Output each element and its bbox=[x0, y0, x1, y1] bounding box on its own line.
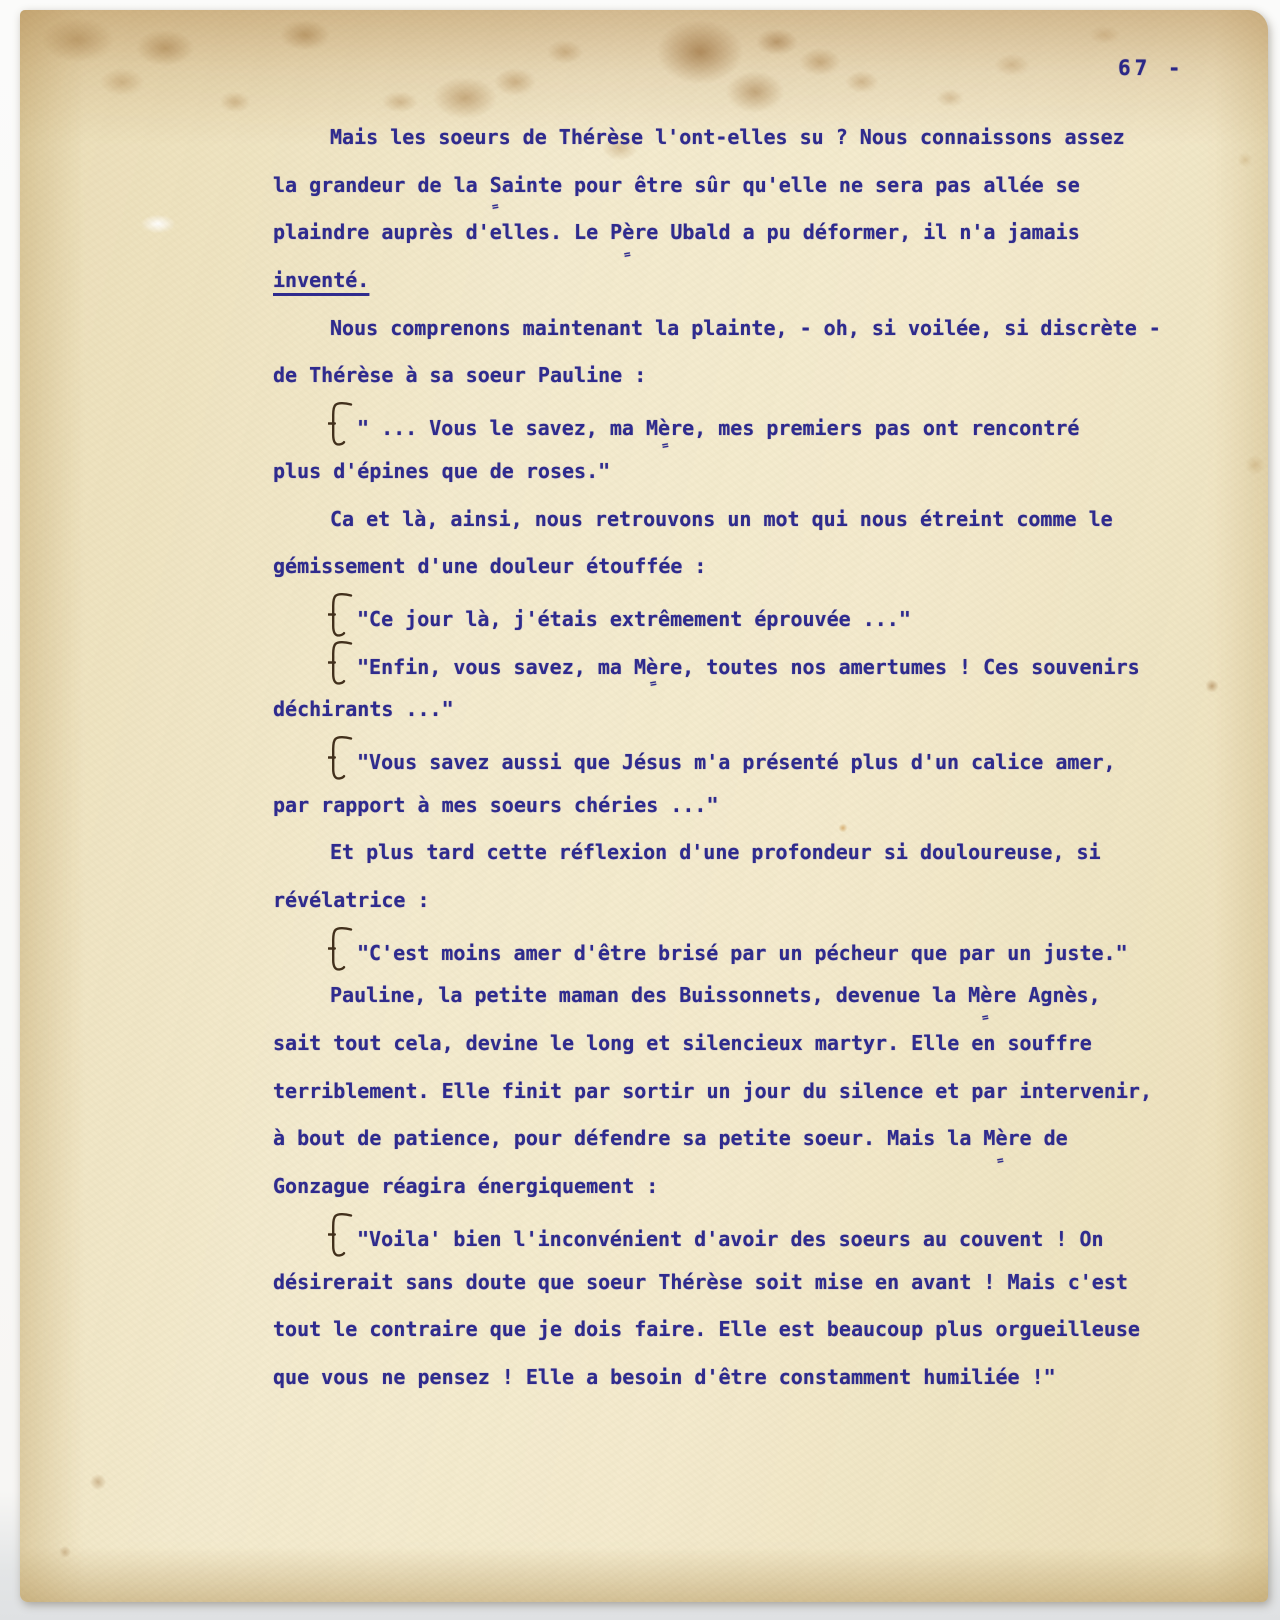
line-text: " ... Vous le savez, ma Mère, mes premie… bbox=[357, 416, 1079, 440]
text-line: de Thérèse à sa soeur Pauline : bbox=[273, 352, 1203, 400]
line-text: à bout de patience, pour défendre sa pet… bbox=[273, 1126, 1068, 1150]
line-text: Pauline, la petite maman des Buissonnets… bbox=[330, 983, 1101, 1007]
line-text: gémissement d'une douleur étouffée : bbox=[273, 554, 706, 578]
line-text: "Voila' bien l'inconvénient d'avoir des … bbox=[357, 1227, 1104, 1251]
line-text: sait tout cela, devine le long et silenc… bbox=[273, 1031, 1092, 1055]
line-text: que vous ne pensez ! Elle a besoin d'êtr… bbox=[273, 1365, 1056, 1389]
line-text: de Thérèse à sa soeur Pauline : bbox=[273, 363, 646, 387]
handwritten-quote-bracket-icon bbox=[328, 591, 353, 639]
handwritten-quote-bracket-icon bbox=[328, 925, 353, 973]
text-line: sait tout cela, devine le long et silenc… bbox=[273, 1020, 1203, 1068]
text-line: gémissement d'une douleur étouffée : bbox=[273, 543, 1203, 591]
line-text: plaindre auprès d'elles. Le Père Ubald a… bbox=[273, 220, 1080, 244]
line-text: "Enfin, vous savez, ma Mère, toutes nos … bbox=[357, 655, 1140, 679]
line-text: Mais les soeurs de Thérèse l'ont-elles s… bbox=[330, 125, 1125, 149]
text-line: Mais les soeurs de Thérèse l'ont-elles s… bbox=[273, 114, 1203, 162]
line-text: plus d'épines que de roses." bbox=[273, 459, 610, 483]
text-line: que vous ne pensez ! Elle a besoin d'êtr… bbox=[273, 1354, 1203, 1402]
text-line: Et plus tard cette réflexion d'une profo… bbox=[273, 829, 1203, 877]
text-line: la grandeur de la Sainte pour être sûr q… bbox=[273, 162, 1203, 210]
text-line: inventé. bbox=[273, 257, 1203, 305]
text-line: "Vous savez aussi que Jésus m'a présenté… bbox=[273, 734, 1203, 782]
text-line: tout le contraire que je dois faire. Ell… bbox=[273, 1306, 1203, 1354]
text-line: Nous comprenons maintenant la plainte, -… bbox=[273, 305, 1203, 353]
text-line: déchirants ..." bbox=[273, 686, 1203, 734]
line-text: terriblement. Elle finit par sortir un j… bbox=[273, 1079, 1152, 1103]
line-text: Gonzague réagira énergiquement : bbox=[273, 1174, 658, 1198]
typescript-page: 67 - Mais les soeurs de Thérèse l'ont-el… bbox=[20, 10, 1268, 1602]
text-line: à bout de patience, pour défendre sa pet… bbox=[273, 1115, 1203, 1163]
text-line: " ... Vous le savez, ma Mère, mes premie… bbox=[273, 400, 1203, 448]
line-text: désirerait sans doute que soeur Thérèse … bbox=[273, 1270, 1128, 1294]
line-text: tout le contraire que je dois faire. Ell… bbox=[273, 1317, 1140, 1341]
text-line: Gonzague réagira énergiquement : bbox=[273, 1163, 1203, 1211]
text-line: plus d'épines que de roses." bbox=[273, 448, 1203, 496]
text-line: "Ce jour là, j'étais extrêmement éprouvé… bbox=[273, 591, 1203, 639]
handwritten-quote-bracket-icon bbox=[328, 1211, 353, 1259]
handwritten-quote-bracket-icon bbox=[328, 734, 353, 782]
line-text: révélatrice : bbox=[273, 888, 430, 912]
line-text: par rapport à mes soeurs chéries ..." bbox=[273, 793, 719, 817]
text-line: par rapport à mes soeurs chéries ..." bbox=[273, 782, 1203, 830]
text-line: plaindre auprès d'elles. Le Père Ubald a… bbox=[273, 209, 1203, 257]
text-line: terriblement. Elle finit par sortir un j… bbox=[273, 1068, 1203, 1116]
line-text: inventé. bbox=[273, 268, 369, 292]
line-text: Nous comprenons maintenant la plainte, -… bbox=[330, 316, 1161, 340]
line-text: Et plus tard cette réflexion d'une profo… bbox=[330, 840, 1101, 864]
handwritten-quote-bracket-icon bbox=[328, 639, 353, 687]
text-line: Pauline, la petite maman des Buissonnets… bbox=[273, 972, 1203, 1020]
text-line: "Enfin, vous savez, ma Mère, toutes nos … bbox=[273, 639, 1203, 687]
handwritten-quote-bracket-icon bbox=[328, 400, 353, 448]
text-line: Ca et là, ainsi, nous retrouvons un mot … bbox=[273, 496, 1203, 544]
text-block: Mais les soeurs de Thérèse l'ont-elles s… bbox=[273, 114, 1203, 1402]
line-text: "Ce jour là, j'étais extrêmement éprouvé… bbox=[357, 607, 911, 631]
line-text: déchirants ..." bbox=[273, 697, 454, 721]
line-text: "Vous savez aussi que Jésus m'a présenté… bbox=[357, 750, 1116, 774]
text-line: "C'est moins amer d'être brisé par un pé… bbox=[273, 925, 1203, 973]
text-line: "Voila' bien l'inconvénient d'avoir des … bbox=[273, 1211, 1203, 1259]
line-text: "C'est moins amer d'être brisé par un pé… bbox=[357, 941, 1128, 965]
text-line: révélatrice : bbox=[273, 877, 1203, 925]
page-number: 67 - bbox=[1118, 56, 1185, 80]
line-text: Ca et là, ainsi, nous retrouvons un mot … bbox=[330, 507, 1113, 531]
text-line: désirerait sans doute que soeur Thérèse … bbox=[273, 1259, 1203, 1307]
line-text: la grandeur de la Sainte pour être sûr q… bbox=[273, 173, 1080, 197]
